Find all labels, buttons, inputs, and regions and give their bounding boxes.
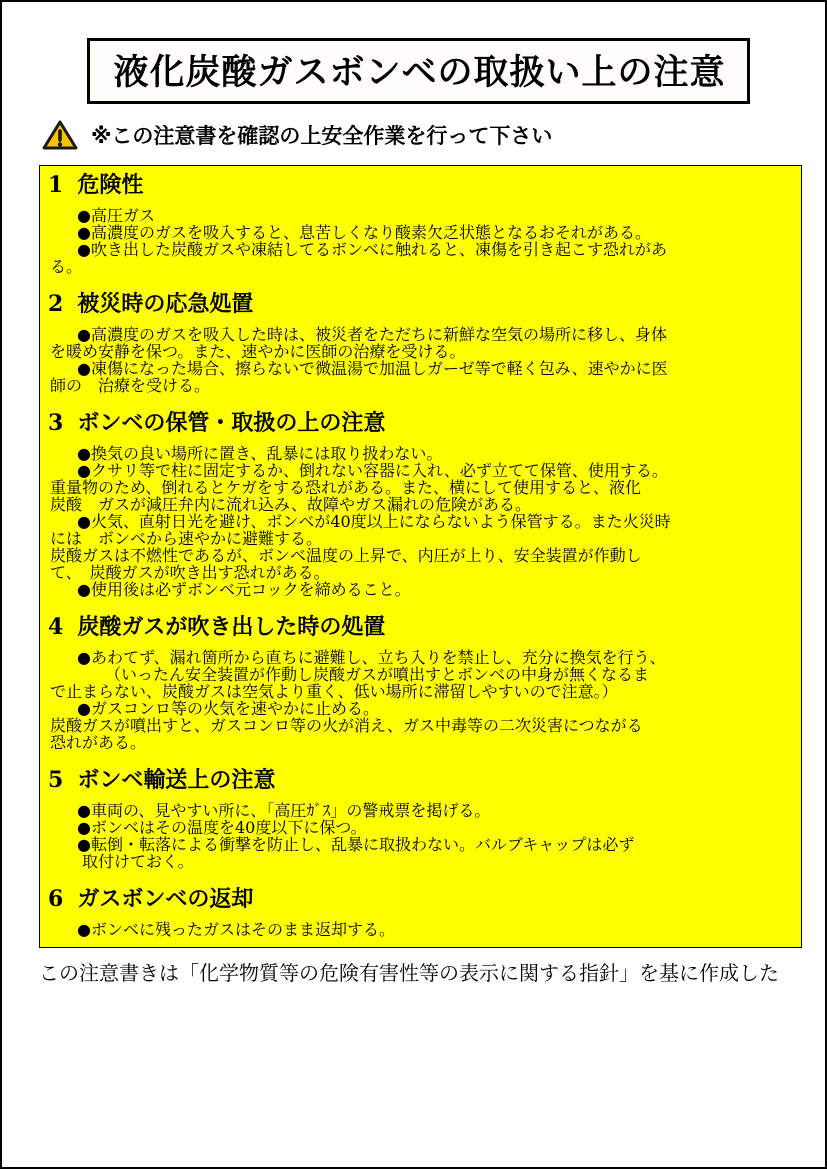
section-title: ガスボンベの返却 bbox=[77, 886, 253, 912]
section-heading: 5ボンベ輸送上の注意 bbox=[48, 767, 801, 793]
text-line: ●高濃度のガスを吸入すると、息苦しくなり酸素欠乏状態となるおそれがある。 bbox=[77, 224, 801, 241]
text-line: ●クサリ等で柱に固定するか、倒れない容器に入れ、必ず立てて保管、使用する。 bbox=[77, 462, 801, 479]
text-line: 師の 治療を受ける。 bbox=[50, 377, 801, 394]
text-line: ●車両の、見やすい所に、「高圧ｶﾞｽ」の警戒票を掲げる。 bbox=[77, 802, 801, 819]
safety-sections-panel: 1危険性 ●高圧ガス●高濃度のガスを吸入すると、息苦しくなり酸素欠乏状態となるお… bbox=[39, 165, 802, 948]
text-line: 炭酸ガスが噴出すと、ガスコンロ等の火が消え、ガス中毒等の二次災害につながる bbox=[50, 717, 801, 734]
section: 4炭酸ガスが吹き出した時の処置 ●あわてず、漏れ箇所から直ちに避難し、立ち入りを… bbox=[40, 614, 801, 751]
text-line: ●高圧ガス bbox=[77, 207, 801, 224]
text-line: ●火気、直射日光を避け、ボンベが40度以上にならないよう保管する。また火災時 bbox=[77, 513, 801, 530]
text-line: ●転倒・転落による衝撃を防止し、乱暴に取扱わない。バルブキャップは必ず bbox=[77, 836, 801, 853]
section-body: ●車両の、見やすい所に、「高圧ｶﾞｽ」の警戒票を掲げる。●ボンベはその温度を40… bbox=[40, 802, 801, 870]
section: 2被災時の応急処置 ●高濃度のガスを吸入した時は、被災者をただちに新鮮な空気の場… bbox=[40, 291, 801, 394]
section-body: ●あわてず、漏れ箇所から直ちに避難し、立ち入りを禁止し、充分に換気を行う、（いっ… bbox=[40, 649, 801, 751]
section-body: ●ボンベに残ったガスはそのまま返却する。 bbox=[40, 921, 801, 938]
section-title: ボンベの保管・取扱の上の注意 bbox=[77, 410, 385, 436]
text-line: ●あわてず、漏れ箇所から直ちに避難し、立ち入りを禁止し、充分に換気を行う、 bbox=[77, 649, 801, 666]
text-line: 炭酸 ガスが減圧弁内に流れ込み、故障やガス漏れの危険がある。 bbox=[50, 496, 801, 513]
section-number: 3 bbox=[48, 410, 63, 436]
warning-triangle-icon bbox=[42, 119, 78, 151]
notice-row: ※この注意書を確認の上安全作業を行って下さい bbox=[42, 119, 825, 151]
text-line: 炭酸ガスは不燃性であるが、ボンベ温度の上昇で、内圧が上り、安全装置が作動し bbox=[50, 547, 801, 564]
document-title: 液化炭酸ガスボンベの取扱い上の注意 bbox=[113, 53, 725, 93]
section: 1危険性 ●高圧ガス●高濃度のガスを吸入すると、息苦しくなり酸素欠乏状態となるお… bbox=[40, 172, 801, 275]
notice-text: ※この注意書を確認の上安全作業を行って下さい bbox=[91, 120, 552, 150]
text-line: ●使用後は必ずボンベ元コックを締めること。 bbox=[77, 581, 801, 598]
text-line: ●凍傷になった場合、擦らないで微温湯で加温しガーゼ等で軽く包み、速やかに医 bbox=[77, 360, 801, 377]
section-title: 被災時の応急処置 bbox=[77, 291, 253, 317]
section-body: ●高濃度のガスを吸入した時は、被災者をただちに新鮮な空気の場所に移し、身体を暖め… bbox=[40, 326, 801, 394]
text-line: を暖め安静を保つ。また、速やかに医師の治療を受ける。 bbox=[50, 343, 801, 360]
footer-note: この注意書きは「化学物質等の危険有害性等の表示に関する指針」を基に作成した bbox=[39, 957, 825, 986]
section-number: 6 bbox=[48, 886, 63, 912]
section: 3ボンベの保管・取扱の上の注意 ●換気の良い場所に置き、乱暴には取り扱わない。●… bbox=[40, 410, 801, 598]
text-line: ●換気の良い場所に置き、乱暴には取り扱わない。 bbox=[77, 445, 801, 462]
section-body: ●換気の良い場所に置き、乱暴には取り扱わない。●クサリ等で柱に固定するか、倒れな… bbox=[40, 445, 801, 598]
text-line: ●ボンベに残ったガスはそのまま返却する。 bbox=[77, 921, 801, 938]
section-number: 4 bbox=[48, 614, 63, 640]
section-heading: 1危険性 bbox=[48, 172, 801, 198]
text-line: ●ボンベはその温度を40度以下に保つ。 bbox=[77, 819, 801, 836]
text-line: で止まらない、炭酸ガスは空気より重く、低い場所に滞留しやすいので注意。） bbox=[50, 683, 801, 700]
text-line: ●吹き出した炭酸ガスや凍結してるボンベに触れると、凍傷を引き起こす恐れがあ bbox=[77, 241, 801, 258]
section: 6ガスボンベの返却 ●ボンベに残ったガスはそのまま返却する。 bbox=[40, 886, 801, 938]
section-number: 1 bbox=[48, 172, 63, 198]
text-line: 取付けておく。 bbox=[50, 853, 801, 870]
section-body: ●高圧ガス●高濃度のガスを吸入すると、息苦しくなり酸素欠乏状態となるおそれがある… bbox=[40, 207, 801, 275]
section-title: ボンベ輸送上の注意 bbox=[77, 767, 275, 793]
text-line: には ボンベから速やかに避難する。 bbox=[50, 530, 801, 547]
text-line: （いったん安全装置が作動し炭酸ガスが噴出すとボンベの中身が無くなるま bbox=[105, 666, 801, 683]
section-number: 2 bbox=[48, 291, 63, 317]
section-title: 危険性 bbox=[77, 172, 143, 198]
section-heading: 3ボンベの保管・取扱の上の注意 bbox=[48, 410, 801, 436]
section: 5ボンベ輸送上の注意 ●車両の、見やすい所に、「高圧ｶﾞｽ」の警戒票を掲げる。●… bbox=[40, 767, 801, 870]
section-heading: 4炭酸ガスが吹き出した時の処置 bbox=[48, 614, 801, 640]
section-heading: 6ガスボンベの返却 bbox=[48, 886, 801, 912]
text-line: る。 bbox=[50, 258, 801, 275]
section-number: 5 bbox=[48, 767, 63, 793]
section-heading: 2被災時の応急処置 bbox=[48, 291, 801, 317]
text-line: 恐れがある。 bbox=[50, 734, 801, 751]
text-line: ●ガスコンロ等の火気を速やかに止める。 bbox=[77, 700, 801, 717]
text-line: 重量物のため、倒れるとケガをする恐れがある。また、横にして使用すると、液化 bbox=[50, 479, 801, 496]
text-line: ●高濃度のガスを吸入した時は、被災者をただちに新鮮な空気の場所に移し、身体 bbox=[77, 326, 801, 343]
section-title: 炭酸ガスが吹き出した時の処置 bbox=[77, 614, 385, 640]
text-line: て、 炭酸ガスが吹き出す恐れがある。 bbox=[50, 564, 801, 581]
title-box: 液化炭酸ガスボンベの取扱い上の注意 bbox=[87, 38, 750, 104]
document-page: 液化炭酸ガスボンベの取扱い上の注意 ※この注意書を確認の上安全作業を行って下さい… bbox=[0, 0, 827, 1169]
